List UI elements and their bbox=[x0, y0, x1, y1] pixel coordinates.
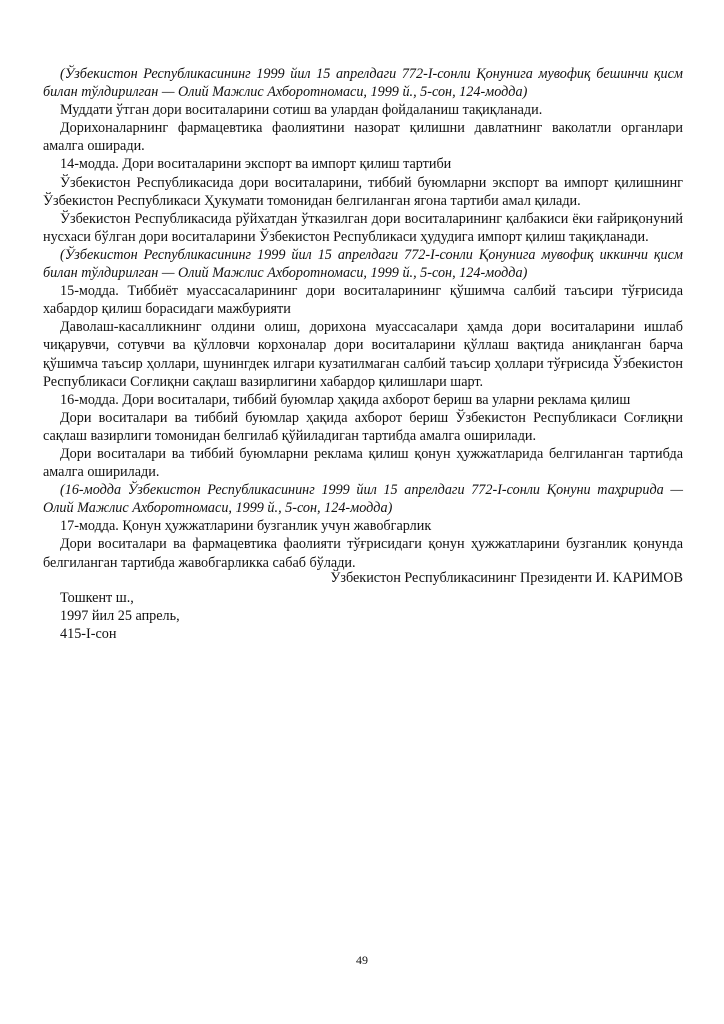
paragraph: Дори воситалари ва тиббий буюмлар ҳақида… bbox=[43, 409, 683, 445]
paragraph: Дори воситалари ва фармацевтика фаолияти… bbox=[43, 535, 683, 571]
paragraph: Даволаш-касалликнинг олдини олиш, дорихо… bbox=[43, 318, 683, 390]
document-body: (Ўзбекистон Республикасининг 1999 йил 15… bbox=[43, 65, 683, 572]
paragraph: Дорихоналарнинг фармацевтика фаолиятини … bbox=[43, 119, 683, 155]
amendment-note: (Ўзбекистон Республикасининг 1999 йил 15… bbox=[43, 65, 683, 101]
paragraph: Дори воситалари ва тиббий буюмларни рекл… bbox=[43, 445, 683, 481]
place-and-date: Тошкент ш., 1997 йил 25 апрель, 415-I-со… bbox=[60, 589, 180, 643]
article-heading-15: 15-модда. Тиббиёт муассасаларининг дори … bbox=[43, 282, 683, 318]
paragraph: Ўзбекистон Республикасида рўйхатдан ўтка… bbox=[43, 210, 683, 246]
president-signature: Ўзбекистон Республикасининг Президенти И… bbox=[43, 569, 683, 587]
document-page: (Ўзбекистон Республикасининг 1999 йил 15… bbox=[0, 0, 724, 1024]
amendment-note: (Ўзбекистон Республикасининг 1999 йил 15… bbox=[43, 246, 683, 282]
article-heading-16: 16-модда. Дори воситалари, тиббий буюмла… bbox=[43, 391, 683, 409]
page-number: 49 bbox=[0, 952, 724, 968]
amendment-note: (16-модда Ўзбекистон Республикасининг 19… bbox=[43, 481, 683, 517]
paragraph: Ўзбекистон Республикасида дори воситалар… bbox=[43, 174, 683, 210]
article-heading-17: 17-модда. Қонун ҳужжатларини бузганлик у… bbox=[43, 517, 683, 535]
paragraph: Муддати ўтган дори воситаларини сотиш ва… bbox=[43, 101, 683, 119]
city: Тошкент ш., bbox=[60, 589, 180, 607]
article-heading-14: 14-модда. Дори воситаларини экспорт ва и… bbox=[43, 155, 683, 173]
law-number: 415-I-сон bbox=[60, 625, 180, 643]
date: 1997 йил 25 апрель, bbox=[60, 607, 180, 625]
